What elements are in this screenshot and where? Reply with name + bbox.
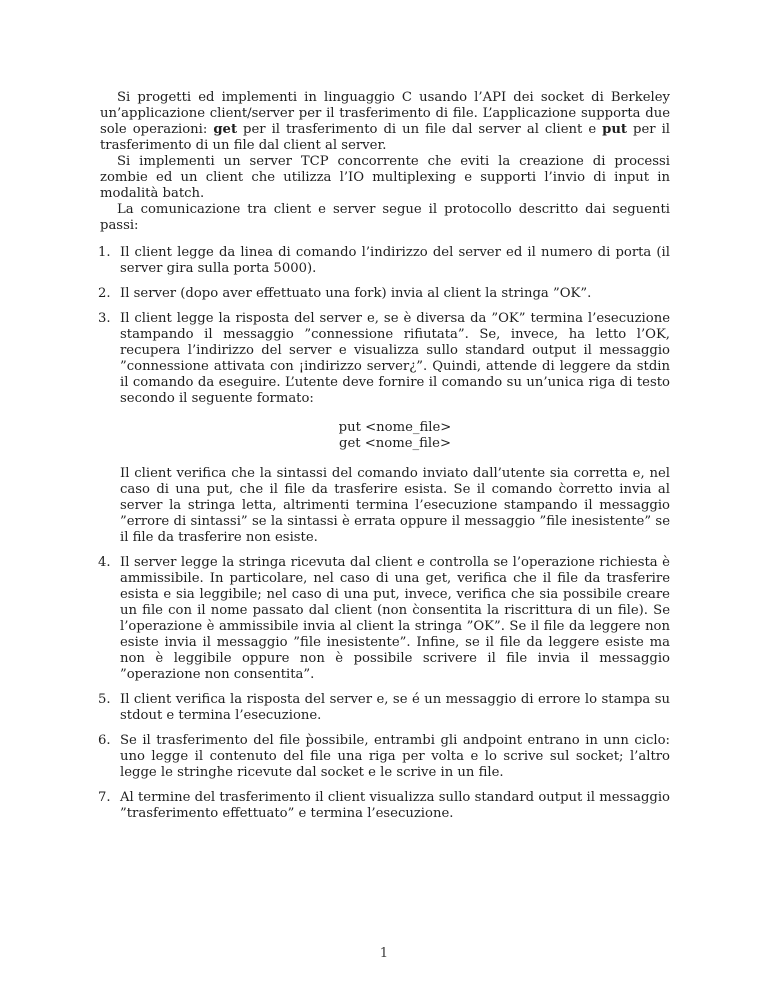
- step-item-4: 4. Il server legge la stringa ricevuta d…: [100, 555, 670, 683]
- command-format-block: put <nome_file> get <nome_file>: [120, 420, 670, 452]
- command-format-put: put <nome_file>: [120, 420, 670, 436]
- step-text-5: Il client verifica la risposta del serve…: [120, 692, 670, 723]
- step-number-6: 6.: [98, 733, 111, 749]
- step-text-7: Al termine del trasferimento il client v…: [120, 790, 670, 821]
- document-page: Si progetti ed implementi in linguaggio …: [0, 0, 768, 994]
- step-text-2: Il server (dopo aver effettuato una fork…: [120, 286, 591, 301]
- intro-p1-bold-get: get: [213, 122, 237, 137]
- page-number: 1: [0, 946, 768, 961]
- step-number-1: 1.: [98, 245, 111, 261]
- step-text-4: Il server legge la stringa ricevuta dal …: [120, 555, 670, 682]
- step-number-4: 4.: [98, 555, 111, 571]
- step-item-1: 1. Il client legge da linea di comando l…: [100, 245, 670, 277]
- step-item-2: 2. Il server (dopo aver effettuato una f…: [100, 286, 670, 302]
- step-number-5: 5.: [98, 692, 111, 708]
- step-item-6: 6. Se il trasferimento del file p̀ossibi…: [100, 733, 670, 781]
- step-item-5: 5. Il client verifica la risposta del se…: [100, 692, 670, 724]
- intro-p1-bold-put: put: [602, 122, 627, 137]
- step-number-7: 7.: [98, 790, 111, 806]
- intro-p1-text-2: per il trasferimento di un file dal serv…: [237, 122, 602, 137]
- step-item-7: 7. Al termine del trasferimento il clien…: [100, 790, 670, 822]
- intro-paragraph-3: La comunicazione tra client e server seg…: [100, 202, 670, 234]
- step-number-3: 3.: [98, 311, 111, 327]
- command-format-get: get <nome_file>: [120, 436, 670, 452]
- step-text-3: Il client legge la risposta del server e…: [120, 311, 670, 407]
- step-text-3-continued: Il client verifica che la sintassi del c…: [120, 466, 670, 546]
- step-number-2: 2.: [98, 286, 111, 302]
- step-text-1: Il client legge da linea di comando l’in…: [120, 245, 670, 276]
- document-body: Si progetti ed implementi in linguaggio …: [100, 90, 670, 831]
- protocol-steps-list: 1. Il client legge da linea di comando l…: [100, 245, 670, 822]
- step-item-3: 3. Il client legge la risposta del serve…: [100, 311, 670, 546]
- intro-paragraph-1: Si progetti ed implementi in linguaggio …: [100, 90, 670, 154]
- step-text-6: Se il trasferimento del file p̀ossibile,…: [120, 733, 670, 780]
- intro-paragraph-2: Si implementi un server TCP concorrente …: [100, 154, 670, 202]
